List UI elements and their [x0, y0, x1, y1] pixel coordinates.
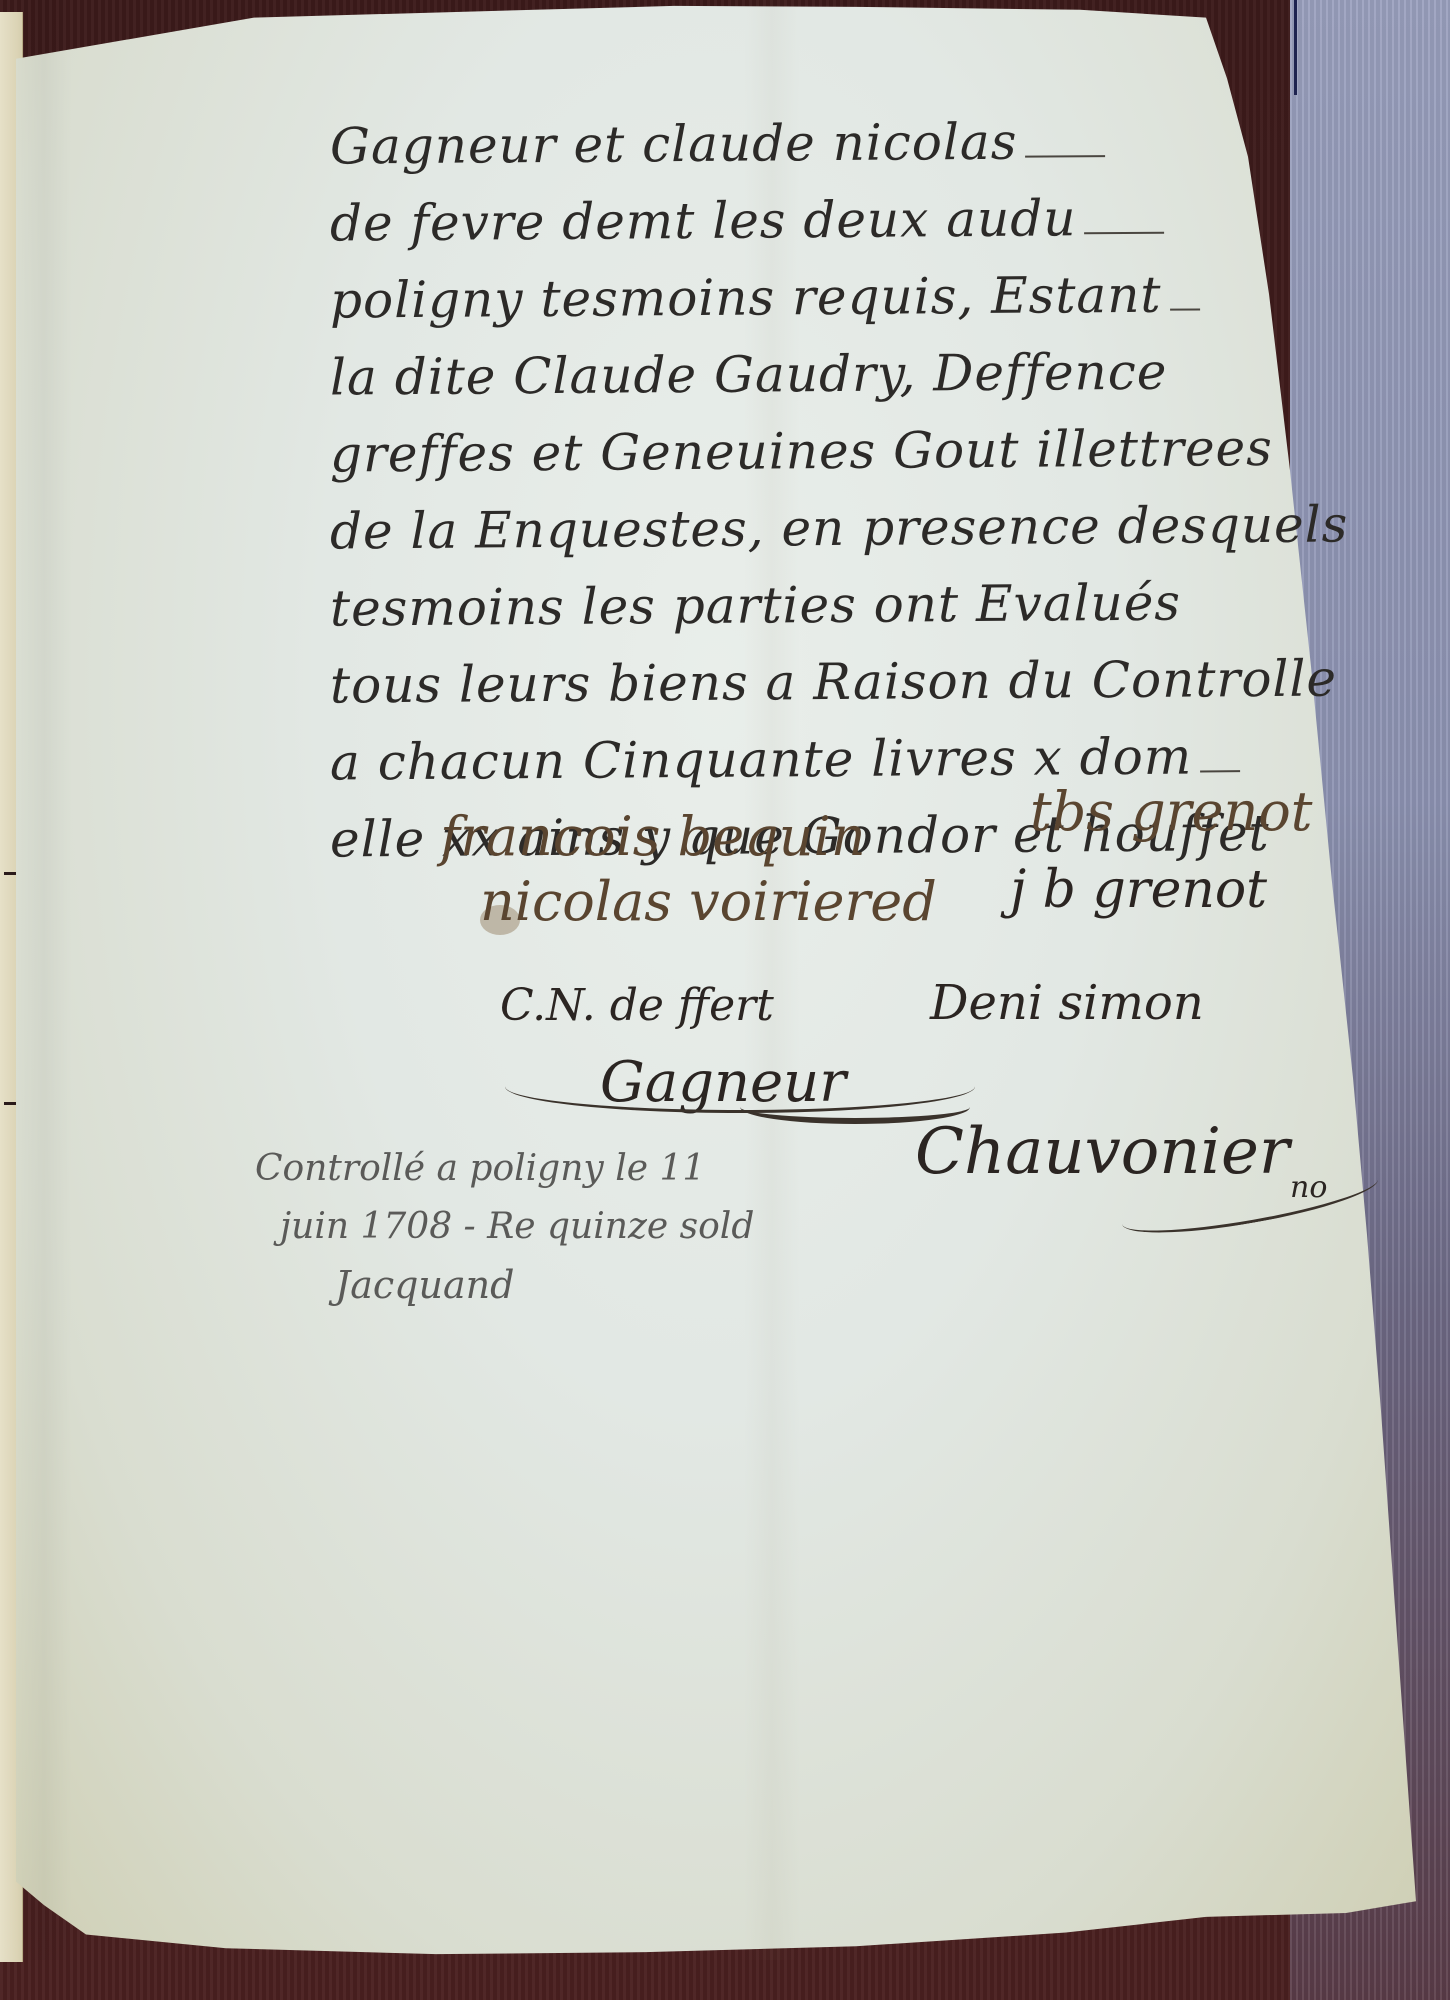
body-line: de la Enquestes, en presence desquels	[330, 486, 1341, 570]
body-line: tous leurs biens a Raison du Controlle	[330, 640, 1341, 724]
body-line: Gagneur et claude nicolas	[330, 101, 1341, 185]
signature-cn-deffert: C.N. de ffert	[500, 980, 774, 1031]
manuscript-body-text: Gagneur et claude nicolas de fevre demt …	[330, 105, 1340, 875]
signature-nicolas-voiriered: nicolas voiriered	[480, 870, 937, 933]
signature-jb-grenot: j b grenot	[1010, 860, 1267, 920]
body-line: poligny tesmoins requis, Estant	[330, 255, 1341, 339]
board-seam	[1294, 0, 1297, 95]
signature-deni-simon: Deni simon	[930, 975, 1204, 1031]
notary-mark-no: no	[1290, 1170, 1327, 1205]
margin-note-line: juin 1708 - Re quinze sold	[255, 1198, 754, 1256]
signature-francois-bequin: francois bequin	[440, 805, 866, 868]
margin-note-line: Jacquand	[255, 1256, 754, 1314]
signature-tbs-grenot: tbs grenot	[1030, 780, 1312, 843]
signature-chauvonier: Chauvonier	[915, 1115, 1289, 1189]
body-line: greffes et Geneuines Gout illettrees	[330, 409, 1341, 493]
body-line: tesmoins les parties ont Evalués	[330, 563, 1341, 647]
registration-margin-note: Controllé a poligny le 11 juin 1708 - Re…	[255, 1140, 754, 1314]
body-line: de fevre demt les deux audu	[330, 178, 1341, 262]
body-line: la dite Claude Gaudry, Deffence	[330, 332, 1341, 416]
margin-note-line: Controllé a poligny le 11	[255, 1140, 754, 1198]
